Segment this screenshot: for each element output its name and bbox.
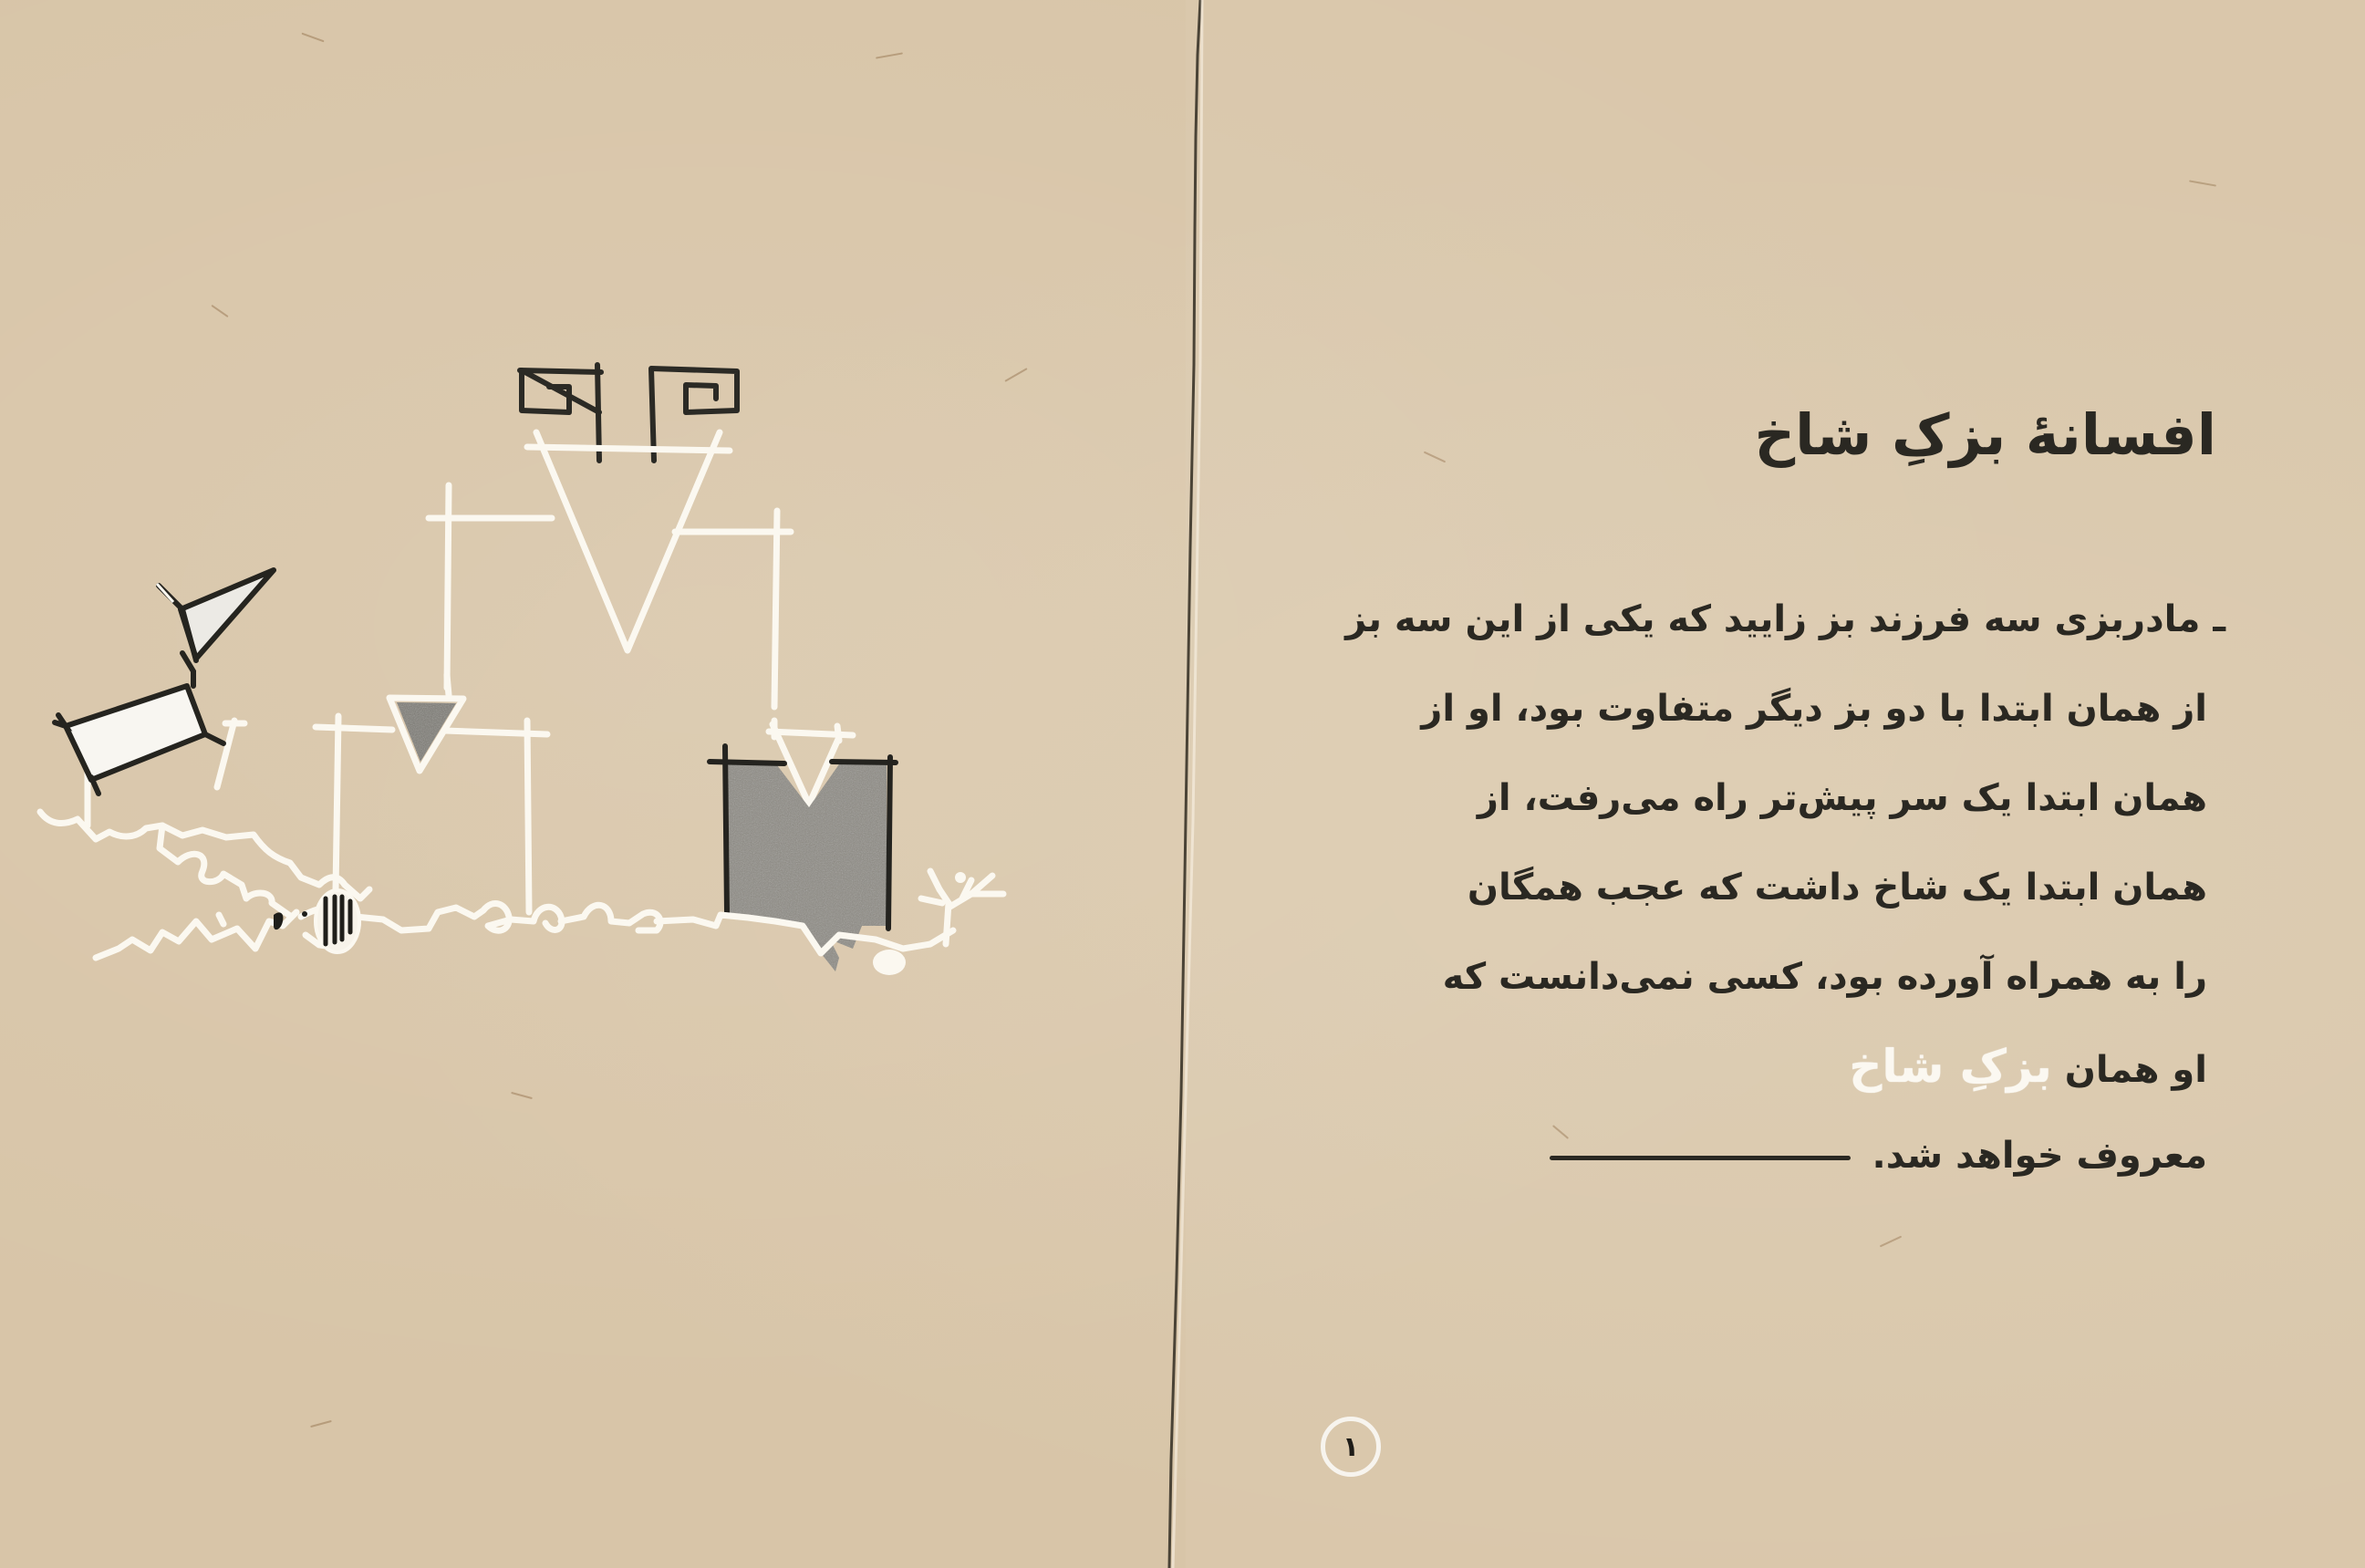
white-highlighted-name: بزکِ شاخ <box>1849 1040 2051 1093</box>
story-line-1: ـ مادربزی سه فرزند بز زایید که یکی از ای… <box>1459 575 2225 664</box>
ink-flourish <box>1550 1156 1851 1160</box>
page-number-badge: ۱ <box>1321 1417 1381 1477</box>
story-line-4: همان ابتدا یک شاخ داشت که عجب همگان <box>1459 843 2207 932</box>
story-line-6: او همان بزکِ شاخ <box>1459 1022 2207 1111</box>
story-line-2: از همان ابتدا با دو بز دیگر متفاوت بود، … <box>1459 664 2207 753</box>
story-body: ـ مادربزی سه فرزند بز زایید که یکی از ای… <box>1459 575 2207 1200</box>
story-line-3: همان ابتدا یک سر پیش‌تر راه می‌رفت، از <box>1459 753 2207 843</box>
goat-castle-illustration <box>0 0 1186 1568</box>
story-line-5: را به همراه آورده بود، کسی نمی‌دانست که <box>1459 932 2207 1022</box>
book-spread: افسانهٔ بزکِ شاخ ـ مادربزی سه فرزند بز ز… <box>0 0 2365 1568</box>
white-stone <box>873 950 906 975</box>
story-line-7: معروف خواهد شد. <box>1459 1111 2207 1200</box>
story-title: افسانهٔ بزکِ شاخ <box>1754 401 2216 468</box>
story-line-6-prefix: او همان <box>2065 1049 2207 1091</box>
story-line-7-text: معروف خواهد شد. <box>1872 1135 2208 1177</box>
goat-figure <box>55 570 274 794</box>
